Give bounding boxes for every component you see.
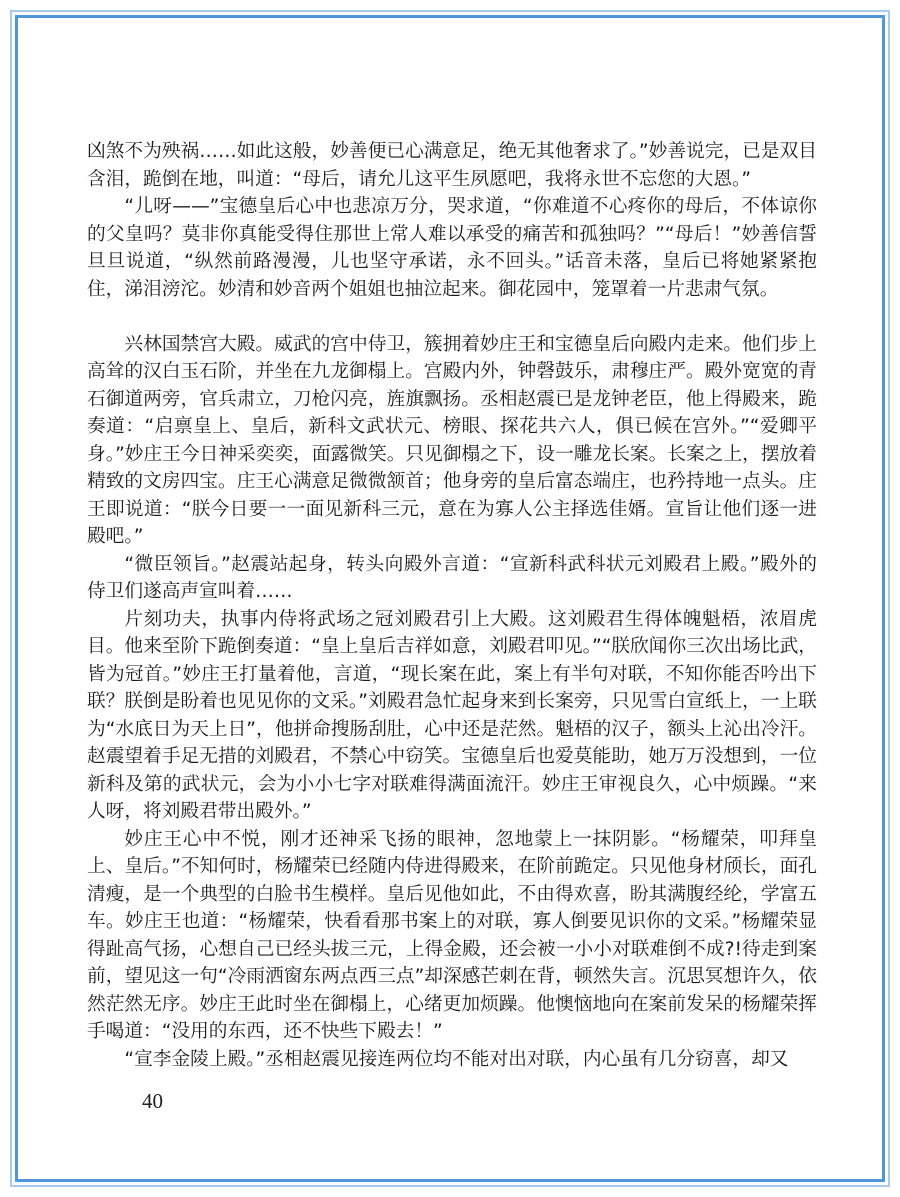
paragraph: 片刻功夫，执事内侍将武场之冠刘殿君引上大殿。这刘殿君生得体魄魁梧，浓眉虎目。他来… <box>87 606 817 826</box>
paragraph: “宣李金陵上殿。”丞相赵震见接连两位均不能对出对联，内心虽有几分窃喜，却又 <box>87 1046 817 1074</box>
paragraph: “儿呀——”宝德皇后心中也悲凉万分，哭求道，“你难道不心疼你的母后，不体谅你的父… <box>87 193 817 303</box>
paragraph-continuation: 凶煞不为殃祸……如此这般，妙善便已心满意足，绝无其他奢求了。”妙善说完，已是双目… <box>87 138 817 193</box>
page-number: 40 <box>142 1089 163 1114</box>
text-block: 凶煞不为殃祸……如此这般，妙善便已心满意足，绝无其他奢求了。”妙善说完，已是双目… <box>87 138 817 1073</box>
paragraph: “微臣领旨。”赵震站起身，转头向殿外言道：“宣新科武科状元刘殿君上殿。”殿外的侍… <box>87 551 817 606</box>
paragraph-section-start: 兴林国禁宫大殿。威武的宫中侍卫，簇拥着妙庄王和宝德皇后向殿内走来。他们步上高耸的… <box>87 331 817 551</box>
book-page: 凶煞不为殃祸……如此这般，妙善便已心满意足，绝无其他奢求了。”妙善说完，已是双目… <box>0 0 900 1197</box>
paragraph: 妙庄王心中不悦，刚才还神采飞扬的眼神，忽地蒙上一抹阴影。“杨耀荣，叩拜皇上、皇后… <box>87 826 817 1046</box>
